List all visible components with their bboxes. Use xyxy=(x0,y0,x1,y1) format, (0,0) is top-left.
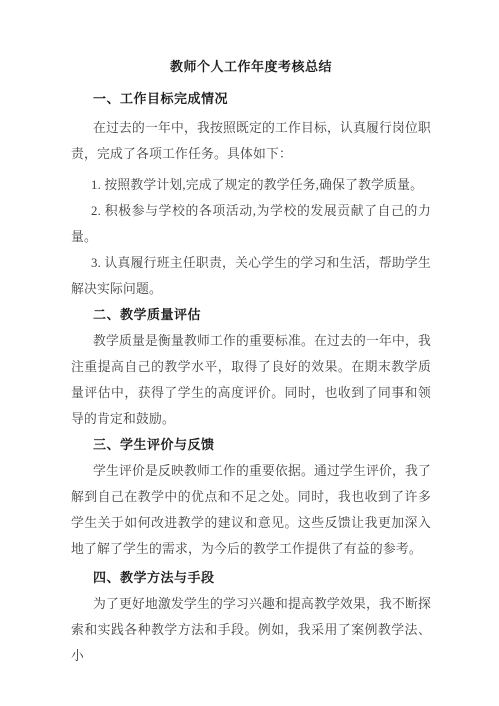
list-item-3: 3. 认真履行班主任职责，关心学生的学习和生活，帮助学生解决实际问题。 xyxy=(71,250,431,302)
document-page: 教师个人工作年度考核总结 一、工作目标完成情况 在过去的一年中，我按照既定的工作… xyxy=(0,0,499,706)
document-title: 教师个人工作年度考核总结 xyxy=(71,57,431,77)
section-heading-4: 四、教学方法与手段 xyxy=(93,565,431,591)
paragraph-teaching-methods: 为了更好地激发学生的学习兴趣和提高教学效果，我不断探索和实践各种教学方法和手段。… xyxy=(71,591,431,669)
section-heading-3: 三、学生评价与反馈 xyxy=(93,432,431,458)
section-heading-1: 一、工作目标完成情况 xyxy=(93,86,431,112)
list-item-2: 2. 积极参与学校的各项活动,为学校的发展贡献了自己的力量。 xyxy=(71,198,431,250)
paragraph-student-feedback: 学生评价是反映教师工作的重要依据。通过学生评价，我了解到自己在教学中的优点和不足… xyxy=(71,458,431,562)
list-item-1: 1. 按照教学计划,完成了规定的教学任务,确保了教学质量。 xyxy=(71,172,431,198)
paragraph-goals-intro: 在过去的一年中，我按照既定的工作目标，认真履行岗位职责，完成了各项工作任务。具体… xyxy=(71,115,431,167)
section-heading-2: 二、教学质量评估 xyxy=(93,302,431,328)
paragraph-teaching-quality: 教学质量是衡量教师工作的重要标准。在过去的一年中，我注重提高自己的教学水平，取得… xyxy=(71,328,431,432)
